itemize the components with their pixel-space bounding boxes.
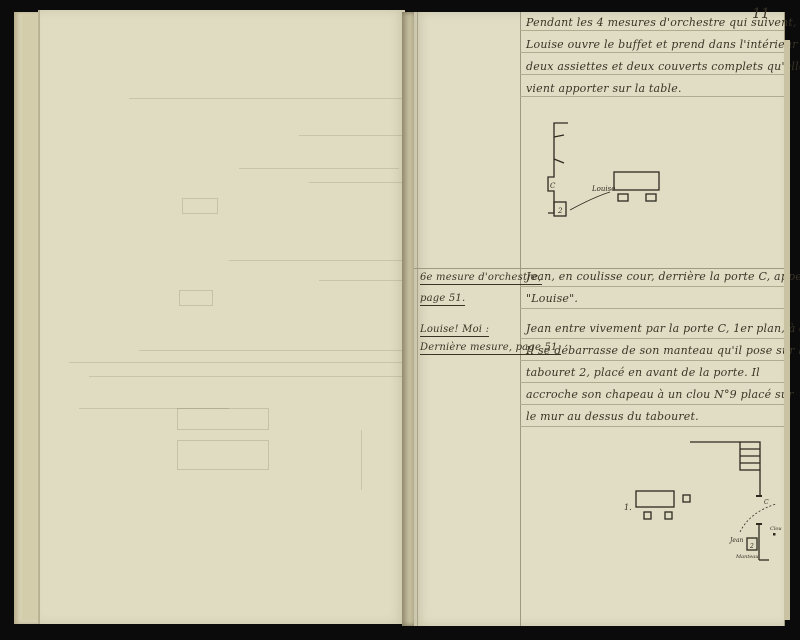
direction-2-line-3: tabouret 2, placé en avant de la porte. …	[526, 366, 760, 379]
ruled-line	[520, 30, 784, 31]
svg-text:1.: 1.	[624, 503, 632, 512]
intro-line-4: vient apporter sur la table.	[526, 82, 682, 95]
intro-line-3: deux assiettes et deux couverts complets…	[526, 60, 800, 73]
svg-text:2: 2	[749, 543, 754, 550]
cue-1-line-2: page 51.	[420, 293, 465, 306]
direction-1-line-1: Jean, en coulisse cour, derrière la port…	[526, 270, 800, 283]
intro-line-1: Pendant les 4 mesures d'orchestre qui su…	[526, 16, 797, 29]
ruled-line	[520, 338, 784, 339]
svg-text:Clou: Clou	[770, 526, 782, 532]
svg-text:C: C	[550, 182, 556, 190]
ruled-line	[520, 308, 784, 309]
svg-text:C: C	[764, 499, 769, 506]
bleed-through-sketch	[182, 198, 218, 214]
right-page: 11 Pendant les 4 mesures d'orchestre qui…	[414, 12, 785, 626]
ruled-line	[520, 382, 784, 383]
bleed-through-sketch	[179, 290, 213, 306]
direction-2-line-2: Il se débarrasse de son manteau qu'il po…	[526, 344, 800, 357]
ruled-line	[520, 360, 784, 361]
ruled-line	[520, 426, 784, 427]
bleed-through-line	[89, 376, 429, 377]
bleed-through-line	[139, 350, 429, 351]
stage-diagram-louise: C 2 Louise	[534, 117, 694, 227]
svg-text:2: 2	[557, 207, 563, 215]
cue-2-line-1: Louise! Moi :	[420, 324, 489, 337]
entry-separator	[414, 268, 784, 269]
ruled-line	[520, 96, 784, 97]
direction-2-line-5: le mur au dessus du tabouret.	[526, 410, 699, 423]
intro-line-2: Louise ouvre le buffet et prend dans l'i…	[526, 38, 798, 51]
svg-text:Jean: Jean	[728, 537, 744, 544]
ruled-line	[520, 52, 784, 53]
bleed-through-line	[229, 260, 429, 261]
svg-text:Manteau: Manteau	[735, 554, 759, 560]
bleed-through-line	[129, 98, 429, 99]
left-page	[38, 10, 405, 624]
right-page-left-margin	[417, 12, 418, 626]
direction-2-line-1: Jean entre vivement par la porte C, 1er …	[526, 322, 800, 335]
ruled-line	[520, 74, 784, 75]
column-divider	[520, 12, 521, 626]
bleed-through-sketch	[177, 440, 269, 470]
cue-1-line-1: 6e mesure d'orchestre,	[420, 272, 542, 285]
ruled-line	[520, 286, 784, 287]
bleed-through-line	[69, 362, 429, 363]
direction-1-line-2: "Louise".	[526, 292, 578, 305]
svg-text:Louise: Louise	[591, 185, 615, 193]
bleed-through-sketch	[177, 408, 269, 430]
bleed-through-line	[239, 168, 399, 169]
direction-2-line-4: accroche son chapeau à un clou N°9 placé…	[526, 388, 794, 401]
ruled-line	[520, 404, 784, 405]
left-page-margin	[39, 10, 40, 624]
right-page-edge	[784, 40, 790, 620]
bleed-through-line	[361, 430, 362, 490]
stage-diagram-jean: 1. C Jean 2 Manteau Clou	[604, 432, 784, 582]
